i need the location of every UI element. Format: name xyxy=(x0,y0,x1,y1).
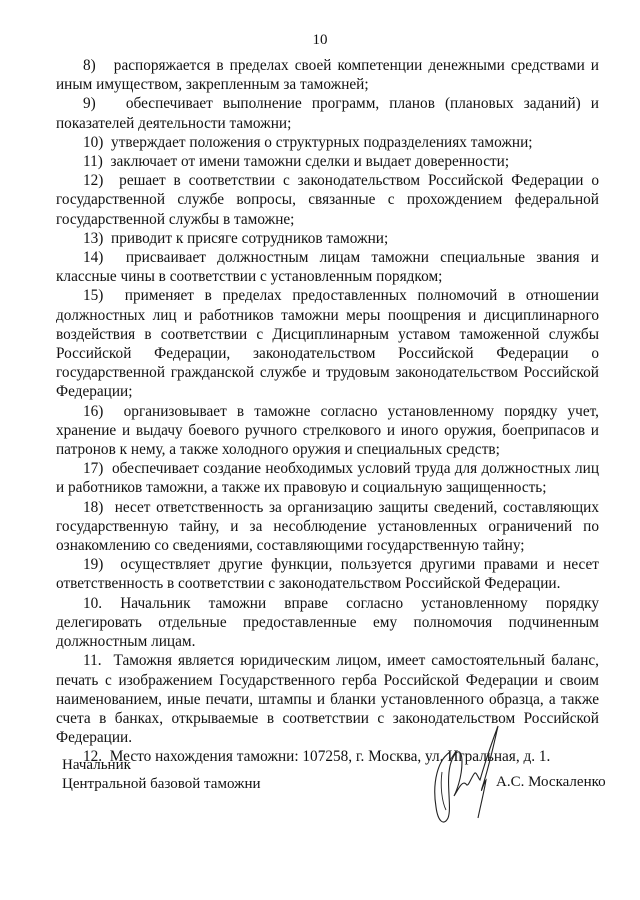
paragraph-item-16: 16) организовывает в таможне согласно ус… xyxy=(56,402,599,460)
paragraph-item-10: 10) утверждает положения о структурных п… xyxy=(56,133,599,152)
page-number: 10 xyxy=(0,32,640,49)
signatory-title-line2: Центральной базовой таможни xyxy=(62,775,261,794)
paragraph-item-17: 17) обеспечивает создание необходимых ус… xyxy=(56,459,599,497)
paragraph-item-8: 8) распоряжается в пределах своей компет… xyxy=(56,56,599,94)
section-10: 10. Начальник таможни вправе согласно ус… xyxy=(56,594,599,652)
signatory-title-line1: Начальник xyxy=(62,756,261,775)
paragraph-item-14: 14) присваивает должностным лицам таможн… xyxy=(56,248,599,286)
paragraph-item-11: 11) заключает от имени таможни сделки и … xyxy=(56,152,599,171)
paragraph-item-9: 9) обеспечивает выполнение программ, пла… xyxy=(56,94,599,132)
document-body: 8) распоряжается в пределах своей компет… xyxy=(56,56,599,767)
paragraph-item-12: 12) решает в соответствии с законодатель… xyxy=(56,171,599,229)
signatory-name: А.С. Москаленко xyxy=(496,774,606,791)
paragraph-item-19: 19) осуществляет другие функции, пользуе… xyxy=(56,555,599,593)
section-11: 11. Таможня является юридическим лицом, … xyxy=(56,651,599,747)
paragraph-item-13: 13) приводит к присяге сотрудников тамож… xyxy=(56,229,599,248)
signatory-title: Начальник Центральной базовой таможни xyxy=(62,756,261,794)
paragraph-item-18: 18) несет ответственность за организацию… xyxy=(56,498,599,556)
paragraph-item-15: 15) применяет в пределах предоставленных… xyxy=(56,286,599,401)
